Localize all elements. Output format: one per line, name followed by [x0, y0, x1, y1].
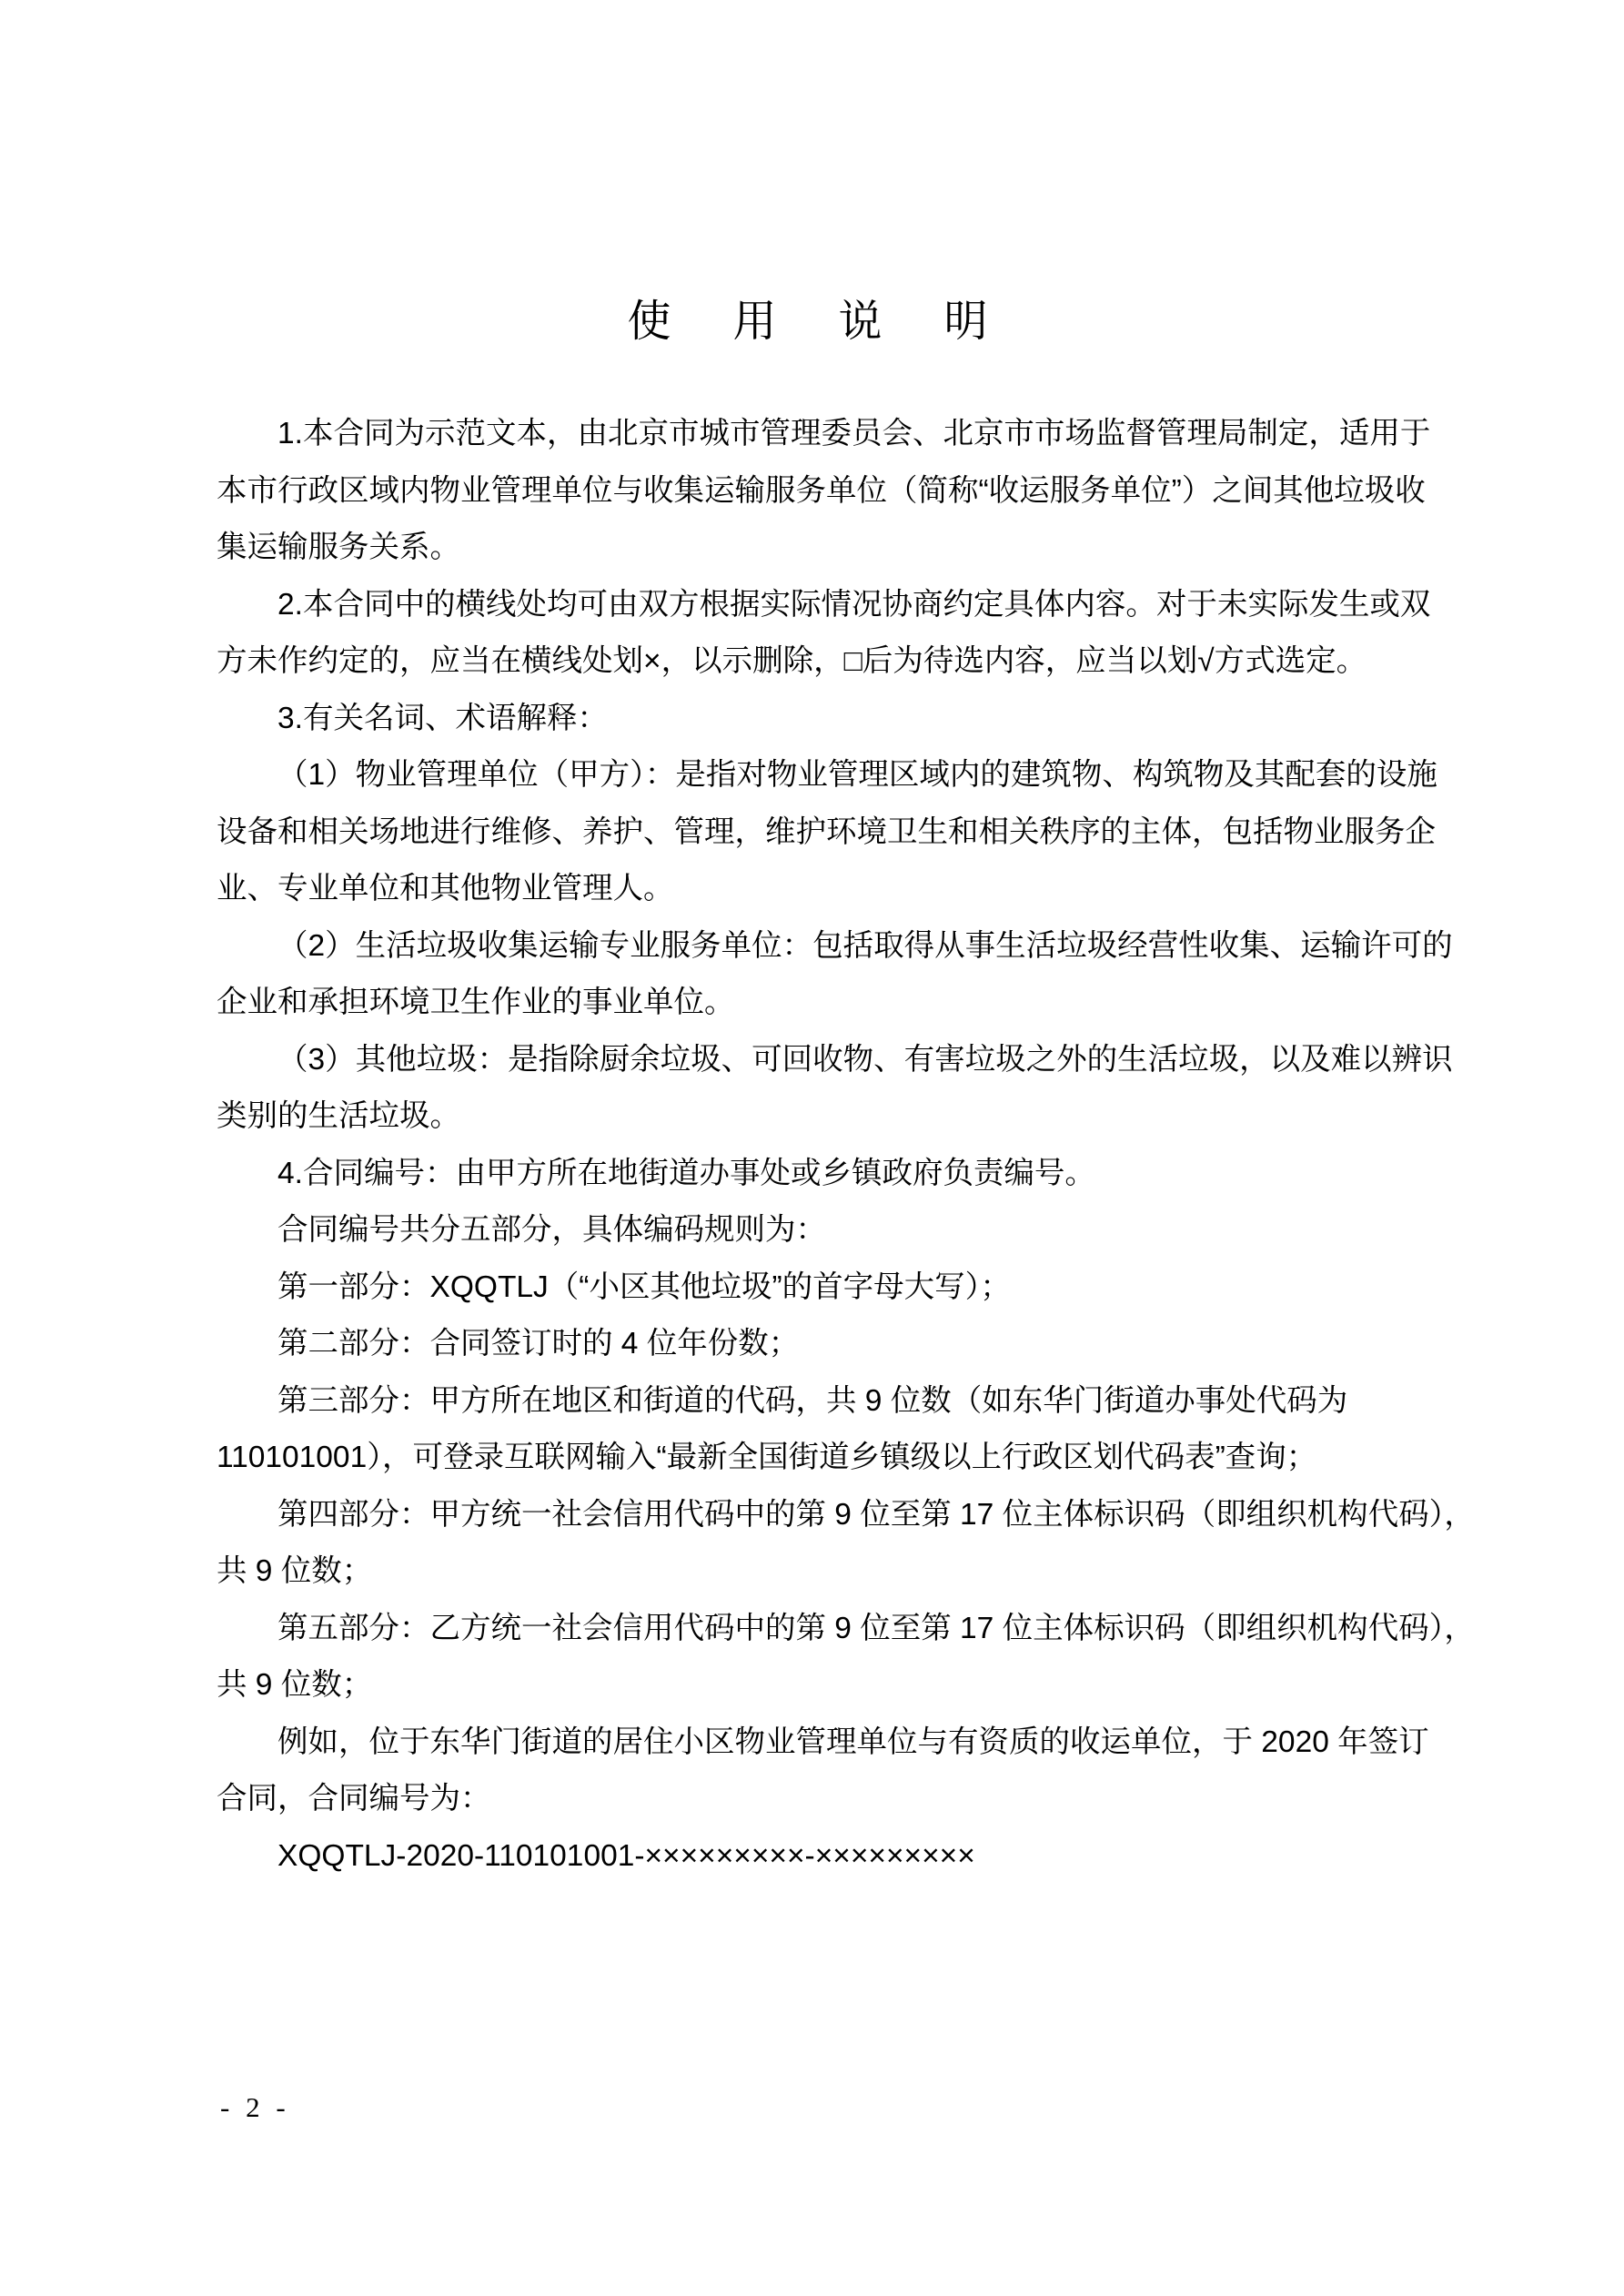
text-line: 集运输服务关系。	[217, 520, 1456, 577]
text-line: 业、专业单位和其他物业管理人。	[217, 861, 1456, 918]
text-line: 第四部分：甲方统一社会信用代码中的第 9 位至第 17 位主体标识码（即组织机构…	[217, 1487, 1456, 1544]
text-line: 例如，位于东华门街道的居住小区物业管理单位与有资质的收运单位，于 2020 年签…	[217, 1714, 1456, 1772]
text-line: 110101001），可登录互联网输入“最新全国街道乡镇级以上行政区划代码表”查…	[217, 1430, 1456, 1487]
text-line: 共 9 位数；	[217, 1543, 1456, 1601]
text-line: （2）生活垃圾收集运输专业服务单位：包括取得从事生活垃圾经营性收集、运输许可的	[217, 918, 1456, 976]
page-title: 使 用 说 明	[0, 294, 1624, 350]
text-line: 第五部分：乙方统一社会信用代码中的第 9 位至第 17 位主体标识码（即组织机构…	[217, 1601, 1456, 1658]
text-line: 第三部分：甲方所在地区和街道的代码，共 9 位数（如东华门街道办事处代码为	[217, 1373, 1456, 1431]
text-line: 设备和相关场地进行维修、养护、管理，维护环境卫生和相关秩序的主体，包括物业服务企	[217, 804, 1456, 862]
text-line: （3）其他垃圾：是指除厨余垃圾、可回收物、有害垃圾之外的生活垃圾，以及难以辨识	[217, 1032, 1456, 1089]
text-line: 企业和承担环境卫生作业的事业单位。	[217, 975, 1456, 1032]
text-line: 方未作约定的，应当在横线处划×，以示删除，□后为待选内容，应当以划√方式选定。	[217, 633, 1456, 691]
text-line: 2.本合同中的横线处均可由双方根据实际情况协商约定具体内容。对于未实际发生或双	[217, 577, 1456, 634]
text-line: 3.有关名词、术语解释：	[217, 691, 1456, 748]
text-line: （1）物业管理单位（甲方）：是指对物业管理区域内的建筑物、构筑物及其配套的设施	[217, 747, 1456, 804]
text-line: 第一部分：XQQTLJ（“小区其他垃圾”的首字母大写）；	[217, 1259, 1456, 1317]
text-line: 4.合同编号：由甲方所在地街道办事处或乡镇政府负责编号。	[217, 1146, 1456, 1203]
text-line: 本市行政区域内物业管理单位与收集运输服务单位（简称“收运服务单位”）之间其他垃圾…	[217, 463, 1456, 521]
document-page: 使 用 说 明 1.本合同为示范文本，由北京市城市管理委员会、北京市市场监督管理…	[0, 0, 1624, 2296]
text-line: 合同，合同编号为：	[217, 1771, 1456, 1828]
text-line: 合同编号共分五部分，具体编码规则为：	[217, 1202, 1456, 1259]
text-line: 1.本合同为示范文本，由北京市城市管理委员会、北京市市场监督管理局制定，适用于	[217, 406, 1456, 463]
page-number: - 2 -	[220, 2091, 290, 2124]
text-line: 共 9 位数；	[217, 1657, 1456, 1714]
document-body: 1.本合同为示范文本，由北京市城市管理委员会、北京市市场监督管理局制定，适用于本…	[217, 406, 1456, 1885]
text-line: XQQTLJ-2020-110101001-×××××××××-××××××××…	[217, 1828, 1456, 1886]
text-line: 第二部分：合同签订时的 4 位年份数；	[217, 1316, 1456, 1373]
text-line: 类别的生活垃圾。	[217, 1088, 1456, 1146]
